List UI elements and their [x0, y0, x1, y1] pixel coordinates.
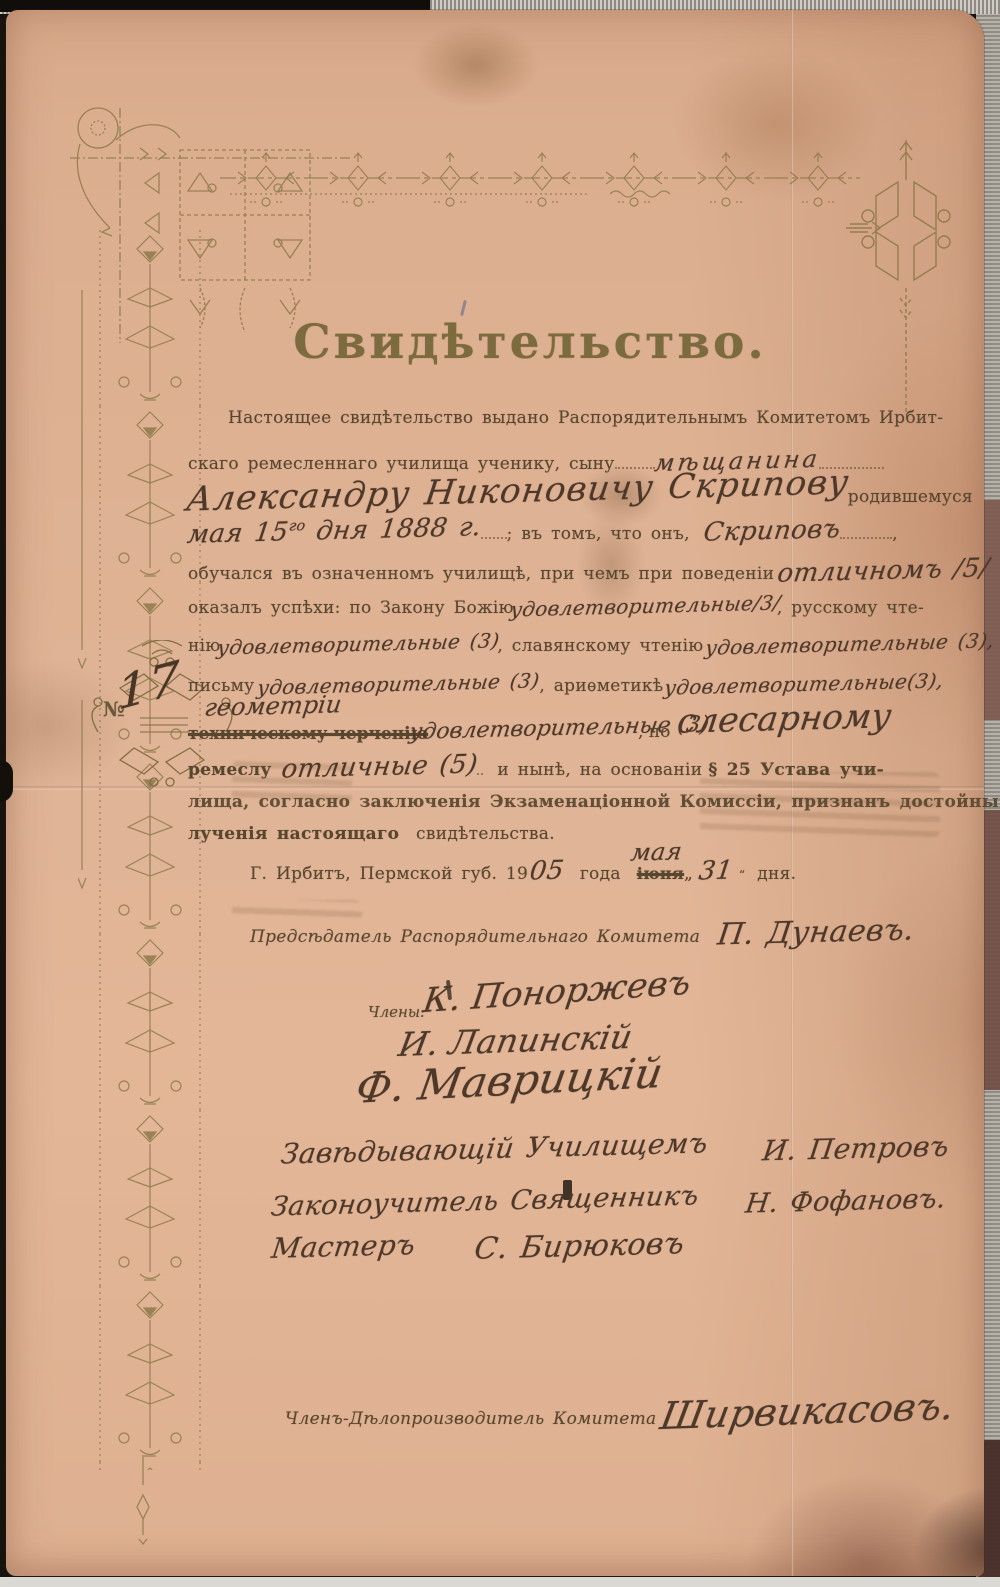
comma-text: , — [892, 524, 898, 544]
day-word: дня. — [757, 864, 796, 884]
clerk-signature: Ширвикасовъ. — [658, 1387, 958, 1435]
top-border-ornament — [220, 148, 860, 220]
body-line-7b: , славянскому чтенію — [497, 636, 703, 656]
body-line-11: лища, согласно заключенія Экзаменаціонно… — [188, 792, 1000, 812]
close-quote: “ — [739, 868, 745, 882]
geometry-handwritten: геометріи — [203, 692, 343, 720]
conduct-grade-handwritten: отличномъ /5/ — [776, 555, 991, 587]
day-handwritten: 31 — [697, 858, 734, 885]
head-signature: И. Петровъ — [761, 1133, 951, 1166]
remeslu-text: ремеслу — [188, 760, 272, 780]
border-tail-ornament — [128, 1455, 158, 1545]
body-line-6b: , русскому чте- — [777, 598, 924, 618]
master-role-handwritten: Мастеръ — [270, 1231, 417, 1263]
body-line-10a: и нынѣ, на основаніи — [497, 760, 702, 780]
birthdate-handwritten: мая 15го дня 1888 г. — [186, 514, 483, 548]
body-line-7a: нію — [188, 636, 220, 656]
struck-subject-text: техническому черченію — [188, 724, 428, 744]
grade-russian-handwritten: удовлетворительные (3) — [217, 630, 502, 657]
clerk-label: Членъ-Дѣлопроизводитель Комитета — [285, 1409, 656, 1429]
chairman-signature: П. Дунаевъ. — [716, 915, 916, 950]
master-signature: С. Бирюковъ — [472, 1229, 686, 1264]
year-word: года — [580, 864, 621, 884]
in-that-text: ; въ томъ, что онъ, — [507, 524, 690, 544]
born-label: родившемуся — [848, 487, 973, 507]
body-line-10b: § 25 Устава учи- — [708, 760, 884, 780]
open-quote: „ — [684, 864, 693, 884]
dotted-leader — [840, 520, 892, 539]
po-text: , по — [638, 722, 670, 742]
torn-edge-notch — [0, 760, 13, 802]
chairman-label: Предсѣдатель Распорядительнаго Комитета — [250, 927, 700, 947]
birthdate-year: дня 1888 г. — [314, 512, 483, 546]
date-prefix: Г. Ирбитъ, Пермской губ. 19 — [250, 864, 528, 884]
body-line-1: Настоящее свидѣтельство выдано Распоряди… — [228, 408, 943, 428]
surname-handwritten: Скриповъ — [702, 516, 842, 546]
year-handwritten: 05 — [528, 858, 565, 885]
left-border-ornament — [78, 230, 208, 1470]
body-line-6a: оказалъ успѣхи: по Закону Божію — [188, 598, 514, 618]
photo-background-bottom — [0, 1577, 1000, 1587]
birthdate-sup: го — [288, 518, 307, 534]
birthdate-day: мая 15 — [185, 517, 290, 550]
body-line-12a: лученія настоящаго — [188, 824, 399, 844]
body-line-5: обучался въ означенномъ училищѣ, при чем… — [188, 564, 774, 584]
body-line-8b: , ариѳметикѣ — [539, 676, 663, 696]
law-teacher-role-handwritten: Законоучитель Священникъ — [269, 1182, 700, 1220]
dotted-leader — [615, 450, 655, 469]
craft-name-handwritten: слесарному — [675, 699, 893, 739]
law-teacher-signature: Н. Фофановъ. — [744, 1185, 948, 1217]
body-line-12b: свидѣтельства. — [416, 824, 555, 844]
hexagon-corner-ornament — [846, 138, 966, 438]
month-struck-text: іюня — [637, 864, 684, 883]
dotted-leader — [481, 520, 507, 539]
certificate-title: Свидѣтельство. — [200, 315, 860, 370]
grade-craft-handwritten: отличные (5) — [280, 751, 479, 782]
members-label: Члены: — [368, 1003, 425, 1021]
grade-law-handwritten: удовлетворительные/3/ — [509, 592, 782, 619]
head-role-handwritten: Завѣдывающій Училищемъ — [279, 1129, 709, 1168]
month-handwritten: мая — [629, 839, 683, 864]
